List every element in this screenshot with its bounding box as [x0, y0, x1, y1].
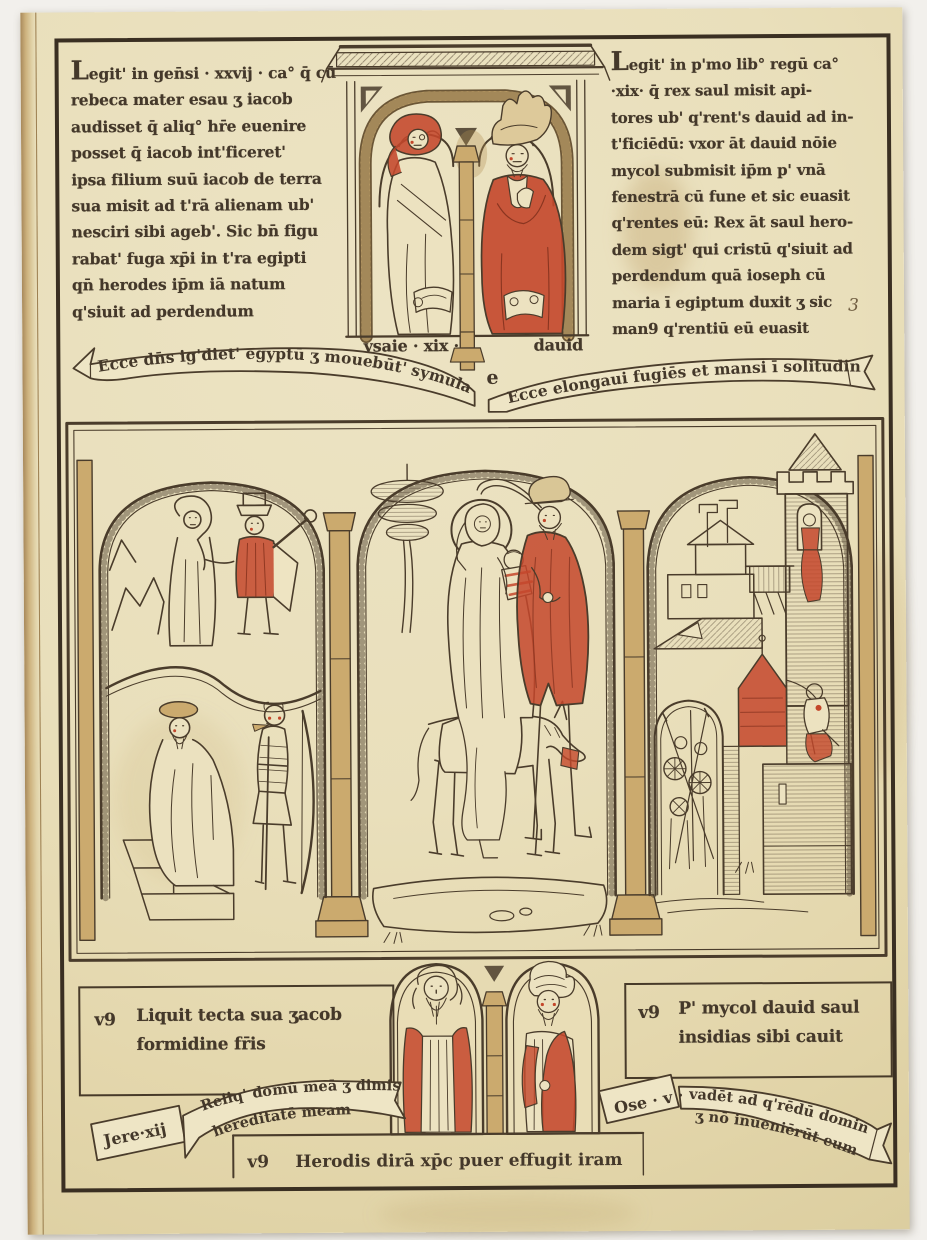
lesson-line: fenestrā cū fune et sic euasit: [611, 182, 883, 210]
soldiers-at-gate: [654, 700, 723, 894]
lesson-line: maria ī egiptum duxit ʒ sic: [612, 288, 884, 316]
pilaster-right: [858, 456, 876, 936]
verse-center-marker: v9: [246, 1152, 269, 1172]
canopy-panel: [320, 33, 612, 375]
verse-line: insidias sibi cauit: [678, 1023, 859, 1053]
verse-center-text: Herodis dirā xp̄c puer effugit iram: [295, 1150, 622, 1172]
folio-number: 3: [848, 296, 859, 316]
lesson-line: mycol submisit ip̄m p' vnā: [611, 156, 883, 184]
verse-marker: v9: [94, 1010, 115, 1030]
lectio-right: Legit' in p'mo lib° regū ca° ·xix· q̄ re…: [611, 47, 885, 342]
pilaster-left: [77, 460, 95, 940]
book-fore-edge: [20, 13, 43, 1235]
verse-right-lines: P' mycol dauid saul insidias sibi cauit: [678, 994, 859, 1053]
lesson-line: ipsa filium suū iacob de terra: [71, 165, 329, 193]
lesson-line: posset q̄ iacob int'ficeret': [71, 139, 329, 167]
lesson-line: audisset q̄ aliq° hr̄e euenire: [71, 113, 329, 141]
red-gatehouse: [738, 635, 787, 746]
signature-letter: e: [486, 367, 498, 389]
main-woodcut: [61, 415, 892, 966]
prophet-isaiah-figure: [387, 114, 454, 335]
verse-marker: v9: [638, 1003, 659, 1023]
lesson-line: sua misit ad t'rā alienam ub': [71, 192, 329, 220]
banner-zone-bottom: Jere·xij Reliq' domū meā ʒ dimisi heredi…: [65, 1067, 894, 1188]
woodcut-frame: Legit' in gen̄si · xxvij · ca° q̄ cū reb…: [54, 33, 897, 1192]
lectio-left: Legit' in gen̄si · xxvij · ca° q̄ cū reb…: [71, 57, 331, 326]
entablature: [321, 45, 609, 82]
parchment-stain: [378, 1194, 638, 1234]
lesson-line: nesciri sibi ageb'. Sic bn̄ figu: [72, 218, 330, 246]
lesson-line: t'ficiēdū: vxor āt dauid nōie: [611, 130, 883, 158]
lesson-line: tores ub' q'rent's dauid ad in-: [611, 103, 883, 131]
figure-rebecca: [168, 496, 234, 646]
lesson-line: rabat' fuga xp̄i in t'ra egipti: [72, 245, 330, 273]
city-wall: [763, 764, 852, 895]
lesson-line: Legit' in gen̄si · xxvij · ca° q̄ cū: [71, 57, 329, 88]
figure-esau: [252, 702, 314, 893]
lesson-line: ·xix· q̄ rex saul misit api-: [611, 77, 883, 105]
lesson-line: q'siuit ad perdendum: [72, 297, 330, 325]
colonnette-base: [450, 348, 484, 362]
scene-flight-into-egypt: [370, 463, 607, 943]
lesson-line: q'rentes eū: Rex āt saul hero-: [611, 209, 883, 237]
lesson-line: perdendum quā ioseph cū: [612, 262, 884, 290]
manuscript-page: Legit' in gen̄si · xxvij · ca° q̄ cū reb…: [20, 7, 909, 1234]
lesson-line: dem sigt' qui cristū q'siuit ad: [612, 235, 884, 263]
verse-line: P' mycol dauid saul: [678, 994, 859, 1024]
ground: [373, 877, 607, 944]
verse-line: Liquit tecta sua ʒacob: [136, 1001, 342, 1031]
banner-zone-top: Ecce dn̄s ig'diet' egyptū ʒ mouebūt' sym…: [60, 329, 889, 426]
figure-jacob: [236, 493, 317, 634]
lesson-line: Legit' in p'mo lib° regū ca°: [611, 47, 883, 78]
photograph-background: Legit' in gen̄si · xxvij · ca° q̄ cū reb…: [0, 0, 927, 1240]
city-buildings: [653, 500, 794, 649]
scene-jacob-flees-esau: [105, 493, 322, 920]
verse-line: formidine fr̄is: [136, 1030, 342, 1060]
palm-tree: [371, 464, 444, 632]
lesson-line: rebeca mater esau ʒ iacob: [71, 86, 329, 114]
lesson-line: qn̄ herodes ip̄m iā natum: [72, 271, 330, 299]
figure-mary-and-child: [438, 500, 536, 859]
verse-left-lines: Liquit tecta sua ʒacob formidine fr̄is: [136, 1001, 342, 1060]
figure-isaac: [122, 701, 233, 920]
verse-box-right: v9 P' mycol dauid saul insidias sibi cau…: [624, 981, 893, 1079]
